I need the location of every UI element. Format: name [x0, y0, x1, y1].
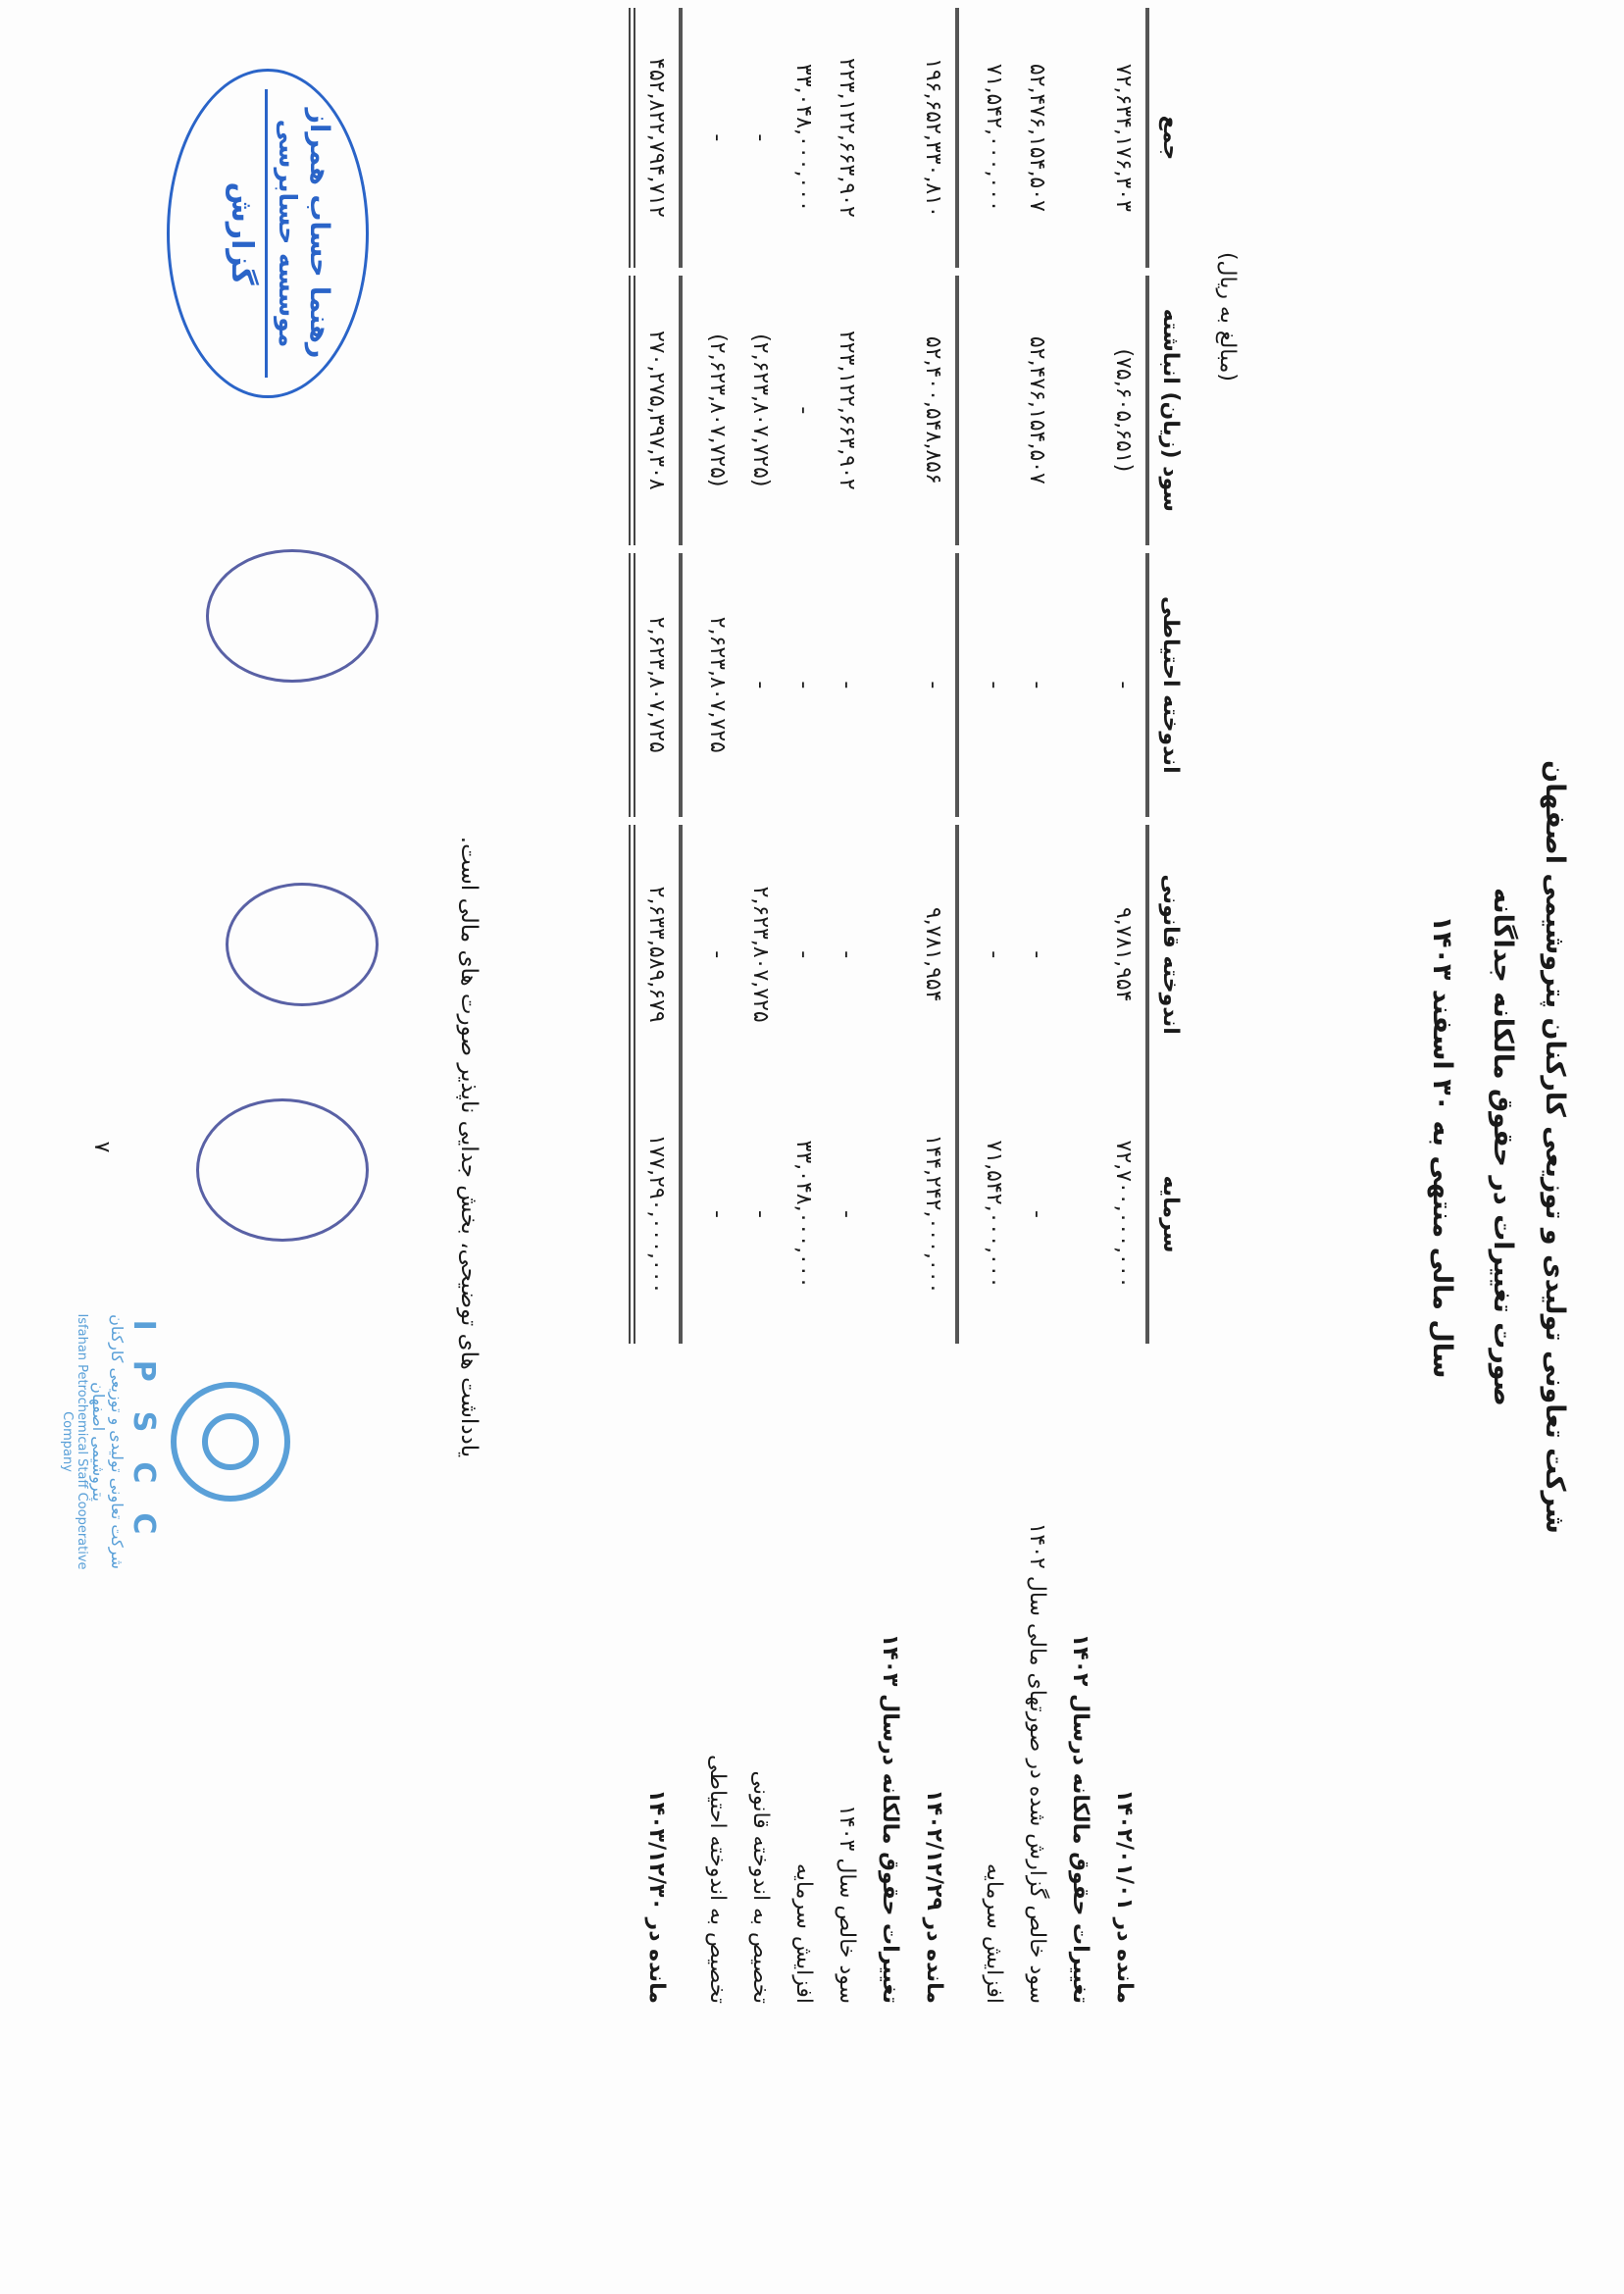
cell-value: ۷۲,۶۳۴,۱۷۶,۳۰۳: [1102, 4, 1147, 272]
cell-value: (۷۵,۶۰۵,۶۵۱): [1102, 272, 1147, 549]
cell-value: ۷۱,۵۴۲,۰۰۰,۰۰۰: [973, 4, 1016, 272]
cell-value: ۵۲,۴۰۰,۵۴۸,۸۵۶: [912, 272, 957, 549]
cell-value: [869, 821, 912, 1085]
cell-value: ۷۲,۷۰۰,۰۰۰,۰۰۰: [1102, 1085, 1147, 1345]
row-label: سود خالص گزارش شده در صورتهای مالی سال ۱…: [1016, 1344, 1059, 2010]
cell-value: -: [696, 821, 739, 1085]
table-row: افزایش سرمایه۷۱,۵۴۲,۰۰۰,۰۰۰--۷۱,۵۴۲,۰۰۰,…: [973, 4, 1016, 2010]
cell-value: -: [739, 1085, 783, 1345]
cell-value: -: [1016, 821, 1059, 1085]
stamp-line-3: گزارش: [225, 72, 259, 395]
cell-value: [869, 4, 912, 272]
row-label: مانده در ۱۴۰۲/۱۲/۲۹: [912, 1344, 957, 2010]
cell-value: ۲۷۰,۲۷۵,۳۹۷,۳۰۸: [633, 272, 682, 549]
cell-value: ۱۴۴,۲۴۲,۰۰۰,۰۰۰: [912, 1085, 957, 1345]
signature-mark: [226, 883, 379, 1006]
cell-value: [1059, 549, 1102, 821]
row-label: مانده در ۱۴۰۳/۱۲/۳۰: [633, 1344, 682, 2010]
cell-value: ۱۹۶,۶۵۲,۳۳۰,۸۱۰: [912, 4, 957, 272]
row-label: تغییرات حقوق مالکانه درسال ۱۴۰۳: [869, 1344, 912, 2010]
cell-value: (۲,۶۲۳,۸۰۷,۷۲۵): [739, 272, 783, 549]
cell-value: -: [1102, 549, 1147, 821]
logo-en-name: Isfahan Petrochemical Staff Cooperative …: [60, 1285, 89, 1599]
table-header-row: سرمایه اندوخته قانونی اندوخته احتیاطی سو…: [1147, 4, 1193, 2010]
equity-changes-table: سرمایه اندوخته قانونی اندوخته احتیاطی سو…: [629, 0, 1193, 2010]
cell-value: -: [696, 1085, 739, 1345]
cell-value: [869, 549, 912, 821]
cell-value: ۳۳,۰۴۸,۰۰۰,۰۰۰: [783, 1085, 826, 1345]
footnote: یادداشت های توضیحی، بخش جدایی ناپذیر صور…: [456, 0, 482, 2294]
column-header: جمع: [1147, 4, 1193, 272]
table-row: مانده در ۱۴۰۲/۱۲/۲۹۱۴۴,۲۴۲,۰۰۰,۰۰۰۹,۷۸۱,…: [912, 4, 957, 2010]
cell-value: ۲,۶۲۳,۸۰۷,۷۲۵: [696, 549, 739, 821]
cell-value: ۲,۶۲۳,۸۰۷,۷۲۵: [633, 549, 682, 821]
table-row: تغییرات حقوق مالکانه درسال ۱۴۰۳: [869, 4, 912, 2010]
table-row: مانده در ۱۴۰۲/۰۱/۰۱۷۲,۷۰۰,۰۰۰,۰۰۰۹,۷۸۱,۹…: [1102, 4, 1147, 2010]
cell-value: ۲۲۳,۱۲۲,۶۶۳,۹۰۲: [826, 272, 869, 549]
cell-value: -: [739, 4, 783, 272]
cell-value: (۲,۶۲۳,۸۰۷,۷۲۵): [696, 272, 739, 549]
stamp-line-1: رهنما حساب همراز: [304, 72, 334, 395]
cell-value: ۲,۶۲۳,۸۰۷,۷۲۵: [739, 821, 783, 1085]
cell-value: ۷۱,۵۴۲,۰۰۰,۰۰۰: [973, 1085, 1016, 1345]
cell-value: -: [826, 549, 869, 821]
table-row: سود خالص گزارش شده در صورتهای مالی سال ۱…: [1016, 4, 1059, 2010]
table-row: مانده در ۱۴۰۳/۱۲/۳۰۱۷۷,۲۹۰,۰۰۰,۰۰۰۲,۶۳۳,…: [633, 4, 682, 2010]
cell-value: -: [912, 549, 957, 821]
cell-value: -: [826, 1085, 869, 1345]
signature-mark: [196, 1098, 369, 1242]
cell-value: [973, 272, 1016, 549]
cell-value: ۲۲۳,۱۲۲,۶۶۳,۹۰۲: [826, 4, 869, 272]
cell-value: ۹,۷۸۱,۹۵۴: [1102, 821, 1147, 1085]
row-label: تغییرات حقوق مالکانه درسال ۱۴۰۲: [1059, 1344, 1102, 2010]
spacer-row: [681, 4, 696, 2010]
row-label: افزایش سرمایه: [783, 1344, 826, 2010]
cell-value: [869, 272, 912, 549]
cell-value: [1059, 1085, 1102, 1345]
page-number: ۷: [89, 0, 114, 2294]
currency-unit-note: (مبالغ به ریال): [1215, 252, 1240, 382]
cell-value: [1059, 4, 1102, 272]
auditor-stamp: رهنما حساب همراز موسسه حسابرسی گزارش: [167, 69, 369, 398]
column-header: سود (زیان) انباشته: [1147, 272, 1193, 549]
table-row: تغییرات حقوق مالکانه درسال ۱۴۰۲: [1059, 4, 1102, 2010]
cell-value: ۳۳,۰۴۸,۰۰۰,۰۰۰: [783, 4, 826, 272]
row-label: سود خالص سال ۱۴۰۳: [826, 1344, 869, 2010]
row-label: مانده در ۱۴۰۲/۰۱/۰۱: [1102, 1344, 1147, 2010]
logo-fa-name: شرکت تعاونی تولیدی و توزیعی کارکنان پترو…: [89, 1285, 127, 1599]
cell-value: ۲,۶۳۳,۵۸۹,۶۷۹: [633, 821, 682, 1085]
cell-value: -: [783, 821, 826, 1085]
column-header: اندوخته احتیاطی: [1147, 549, 1193, 821]
cell-value: ۴۵۲,۸۲۲,۷۹۴,۷۱۲: [633, 4, 682, 272]
column-header: سرمایه: [1147, 1085, 1193, 1345]
cell-value: -: [783, 549, 826, 821]
cell-value: -: [826, 821, 869, 1085]
period-title: سال مالی منتهی به ۳۰ اسفند ۱۴۰۳: [1427, 0, 1457, 2294]
row-label-header: [1147, 1344, 1193, 2010]
company-name: شرکت تعاونی تولیدی و توزیعی کارکنان پترو…: [1540, 0, 1570, 2294]
cell-value: [869, 1085, 912, 1345]
table-row: تخصیص به اندوخته احتیاطی--۲,۶۲۳,۸۰۷,۷۲۵(…: [696, 4, 739, 2010]
spacer-cell: [681, 4, 696, 2010]
stamp-line-2: موسسه حسابرسی: [265, 89, 302, 378]
row-label: تخصیص به اندوخته قانونی: [739, 1344, 783, 2010]
cell-value: -: [1016, 1085, 1059, 1345]
logo-acronym: IPSCC: [127, 1285, 161, 1599]
cell-value: [1059, 272, 1102, 549]
table-row: افزایش سرمایه۳۳,۰۴۸,۰۰۰,۰۰۰---۳۳,۰۴۸,۰۰۰…: [783, 4, 826, 2010]
company-logo: IPSCC شرکت تعاونی تولیدی و توزیعی کارکنا…: [45, 1285, 290, 1599]
cell-value: -: [739, 549, 783, 821]
cell-value: ۹,۷۸۱,۹۵۴: [912, 821, 957, 1085]
statement-title: صورت تغییرات در حقوق مالکانه جداگانه: [1488, 0, 1518, 2294]
row-label: تخصیص به اندوخته احتیاطی: [696, 1344, 739, 2010]
table-row: سود خالص سال ۱۴۰۳---۲۲۳,۱۲۲,۶۶۳,۹۰۲۲۲۳,۱…: [826, 4, 869, 2010]
document-page: شرکت تعاونی تولیدی و توزیعی کارکنان پترو…: [0, 0, 1624, 2294]
spacer-row: [957, 4, 973, 2010]
cell-value: -: [973, 821, 1016, 1085]
cell-value: -: [696, 4, 739, 272]
cell-value: [1059, 821, 1102, 1085]
signature-mark: [206, 549, 379, 683]
table-row: تخصیص به اندوخته قانونی-۲,۶۲۳,۸۰۷,۷۲۵-(۲…: [739, 4, 783, 2010]
cell-value: -: [783, 272, 826, 549]
cell-value: -: [1016, 549, 1059, 821]
row-label: افزایش سرمایه: [973, 1344, 1016, 2010]
cell-value: -: [973, 549, 1016, 821]
logo-emblem-icon: [171, 1382, 290, 1502]
cell-value: ۱۷۷,۲۹۰,۰۰۰,۰۰۰: [633, 1085, 682, 1345]
cell-value: ۵۲,۴۷۶,۱۵۴,۵۰۷: [1016, 272, 1059, 549]
cell-value: ۵۲,۴۷۶,۱۵۴,۵۰۷: [1016, 4, 1059, 272]
column-header: اندوخته قانونی: [1147, 821, 1193, 1085]
spacer-cell: [957, 4, 973, 2010]
